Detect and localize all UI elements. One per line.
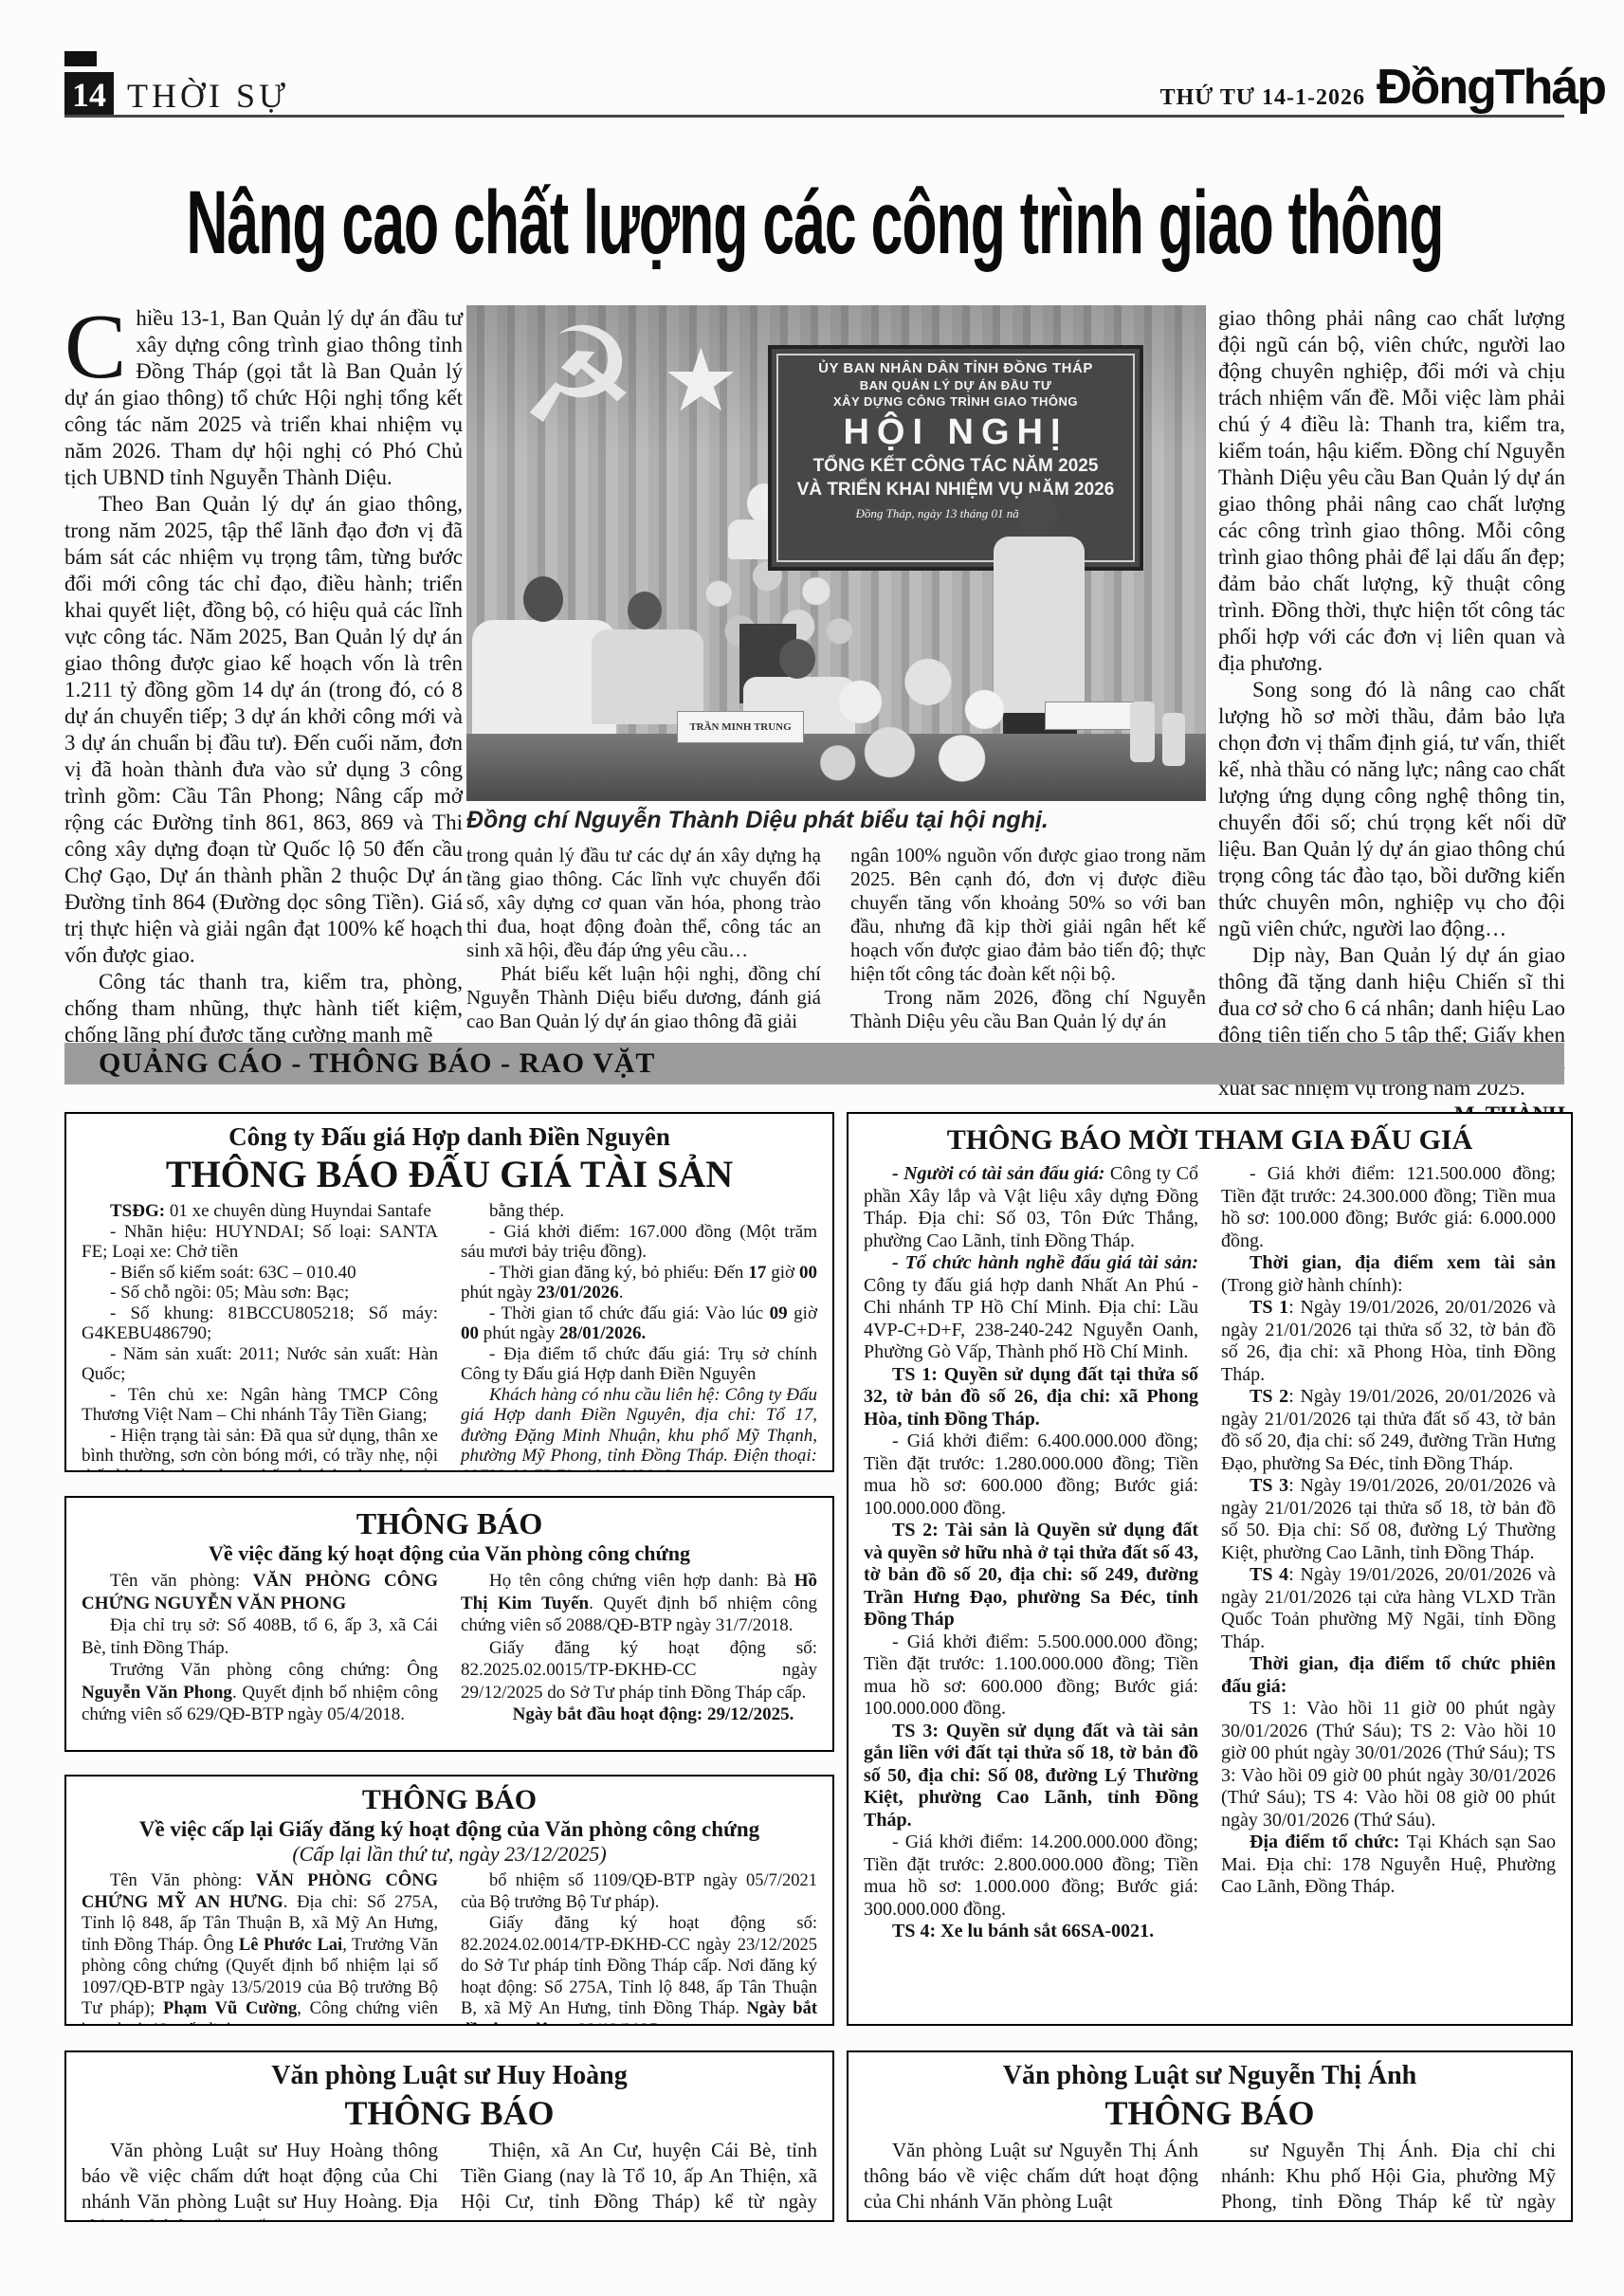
lawyer-office-notice-box-2: Văn phòng Luật sư Nguyễn Thị Ánh THÔNG B… [847, 2050, 1573, 2222]
article-headline: Nâng cao chất lượng các công trình giao … [64, 173, 1564, 296]
box-column-left: Văn phòng Luật sư Nguyễn Thị Ánh thông b… [864, 2138, 1198, 2222]
paragraph: - Giá khởi điểm: 6.400.000.000 đồng; Tiề… [864, 1430, 1198, 1520]
attendee-head [628, 592, 662, 629]
nameplate: TRẦN MINH TRUNG [677, 711, 804, 743]
paragraph: Thiện, xã An Cư, huyện Cái Bè, tỉnh Tiền… [461, 2138, 817, 2222]
attendee-figure [592, 629, 703, 724]
notary-reissue-notice-box: THÔNG BÁO Về việc cấp lại Giấy đăng ký h… [64, 1775, 834, 2026]
masthead-logo: ĐồngTháp [1377, 59, 1605, 116]
issue-date: THỨ TƯ 14-1-2026 [1062, 85, 1365, 111]
paragraph: Phát biểu kết luận hội nghị, đồng chí Ng… [466, 962, 821, 1033]
paragraph: Công tác thanh tra, kiểm tra, phòng, chố… [64, 969, 463, 1048]
paragraph: TS 4: Xe lu bánh sắt 66SA-0021. [864, 1921, 1198, 1943]
box-column-right: Thiện, xã An Cư, huyện Cái Bè, tỉnh Tiền… [461, 2138, 817, 2222]
box-title: THÔNG BÁO [82, 1505, 817, 1541]
article-column-1: Chiều 13-1, Ban Quản lý dự án đầu tư xây… [64, 305, 463, 1048]
paragraph: - Số khung: 81BCCU805218; Số máy: G4KEBU… [82, 1303, 438, 1344]
paragraph: Giấy đăng ký hoạt động số: 82.2024.02.00… [461, 1913, 817, 2026]
paragraph: - Năm sản xuất: 2011; Nước sản xuất: Hàn… [82, 1344, 438, 1385]
paragraph: ngân 100% nguồn vốn được giao trong năm … [850, 844, 1206, 986]
paragraph: - Địa điểm tổ chức đấu giá: Trụ sở chính… [461, 1344, 817, 1385]
box-column-right: bằng thép.- Giá khởi điểm: 167.000 đồng … [461, 1201, 817, 1472]
paragraph: sư Nguyễn Thị Ánh. Địa chỉ chi nhánh: Kh… [1221, 2138, 1556, 2222]
drop-cap: C [64, 305, 136, 385]
foreground-attendee-head [523, 576, 563, 622]
paragraph: bổ nhiệm số 1109/QĐ-BTP ngày 05/7/2021 c… [461, 1870, 817, 1913]
box-title: THÔNG BÁO MỜI THAM GIA ĐẤU GIÁ [864, 1121, 1556, 1159]
header-rule [64, 115, 1564, 118]
article-column-3: ngân 100% nguồn vốn được giao trong năm … [850, 844, 1206, 1033]
paragraph: giao thông phải nâng cao chất lượng đội … [1218, 305, 1565, 677]
paragraph: Tên văn phòng: VĂN PHÒNG CÔNG CHỨNG NGUY… [82, 1570, 438, 1614]
hammer-sickle-icon: ☭ [519, 311, 638, 444]
paragraph: Thời gian, địa điểm tổ chức phiên đấu gi… [1221, 1653, 1556, 1698]
paragraph: - Giá khởi điểm: 5.500.000.000 đồng; Tiề… [864, 1631, 1198, 1721]
paragraph: - Số chỗ ngồi: 05; Màu sơn: Bạc; [82, 1283, 438, 1303]
box-column-left: TSĐG: 01 xe chuyên dùng Huyndai Santafe-… [82, 1201, 438, 1472]
auction-asset-notice-box: Công ty Đấu giá Hợp danh Điền Nguyên THÔ… [64, 1112, 834, 1472]
box-company-title: Công ty Đấu giá Hợp danh Điền Nguyên [82, 1121, 817, 1152]
banner-line: XÂY DỰNG CÔNG TRÌNH GIAO THÔNG [772, 394, 1140, 409]
paragraph: TS 2: Tài sản là Quyền sử dụng đất và qu… [864, 1520, 1198, 1631]
speaker-head [1018, 491, 1058, 537]
box-title: THÔNG BÁO [864, 2092, 1556, 2134]
paragraph: - Tổ chức hành nghề đấu giá tài sản: Côn… [864, 1252, 1198, 1364]
paragraph: - Giá khởi điểm: 167.000 đồng (Một trăm … [461, 1222, 817, 1263]
column-paragraphs: Theo Ban Quản lý dự án giao thông, trong… [64, 491, 463, 1048]
box-column-left: Văn phòng Luật sư Huy Hoàng thông báo về… [82, 2138, 438, 2222]
classifieds-section-label: QUẢNG CÁO - THÔNG BÁO - RAO VẶT [99, 1048, 655, 1080]
star-icon: ★ [662, 337, 739, 425]
paragraph: - Giá khởi điểm: 14.200.000.000 đồng; Ti… [864, 1831, 1198, 1921]
banner-line: BAN QUẢN LÝ DỰ ÁN ĐẦU TƯ [772, 378, 1140, 392]
box-column-right: bổ nhiệm số 1109/QĐ-BTP ngày 05/7/2021 c… [461, 1870, 817, 2026]
paragraph: Địa chỉ trụ sở: Số 408B, tổ 6, ấp 3, xã … [82, 1614, 438, 1659]
paragraph: - Biển số kiểm soát: 63C – 010.40 [82, 1263, 438, 1284]
section-title: THỜI SỰ [127, 76, 289, 116]
box-title: THÔNG BÁO [82, 2092, 817, 2134]
paragraph: - Thời gian tổ chức đấu giá: Vào lúc 09 … [461, 1303, 817, 1344]
classifieds-section-bar: QUẢNG CÁO - THÔNG BÁO - RAO VẶT [64, 1043, 1564, 1084]
conference-photo: ☭ ★ ỦY BAN NHÂN DÂN TỈNH ĐỒNG THÁP BAN Q… [466, 305, 1206, 801]
conference-banner: ỦY BAN NHÂN DÂN TỈNH ĐỒNG THÁP BAN QUẢN … [768, 345, 1143, 571]
banner-date-line: Đồng Tháp, ngày 13 tháng 01 năm 2026 [772, 506, 1140, 521]
paragraph: Văn phòng Luật sư Nguyễn Thị Ánh thông b… [864, 2138, 1198, 2214]
auction-invitation-notice-box: THÔNG BÁO MỜI THAM GIA ĐẤU GIÁ - Người c… [847, 1112, 1573, 2026]
page-number: 14 [64, 72, 114, 118]
paragraph: TS 3: Quyền sử dụng đất và tài sản gắn l… [864, 1721, 1198, 1832]
paragraph: - Nhãn hiệu: HUYNDAI; Số loại: SANTA FE;… [82, 1222, 438, 1263]
paragraph: TS 3: Ngày 19/01/2026, 20/01/2026 và ngà… [1221, 1475, 1556, 1564]
paragraph: TSĐG: 01 xe chuyên dùng Huyndai Santafe [82, 1201, 438, 1222]
paragraph: Chiều 13-1, Ban Quản lý dự án đầu tư xây… [64, 305, 463, 491]
box-column-right: sư Nguyễn Thị Ánh. Địa chỉ chi nhánh: Kh… [1221, 2138, 1556, 2222]
banner-line: ỦY BAN NHÂN DÂN TỈNH ĐỒNG THÁP [772, 360, 1140, 376]
paragraph: - Hiện trạng tài sản: Đã qua sử dụng, th… [82, 1426, 438, 1473]
paragraph: trong quản lý đầu tư các dự án xây dựng … [466, 844, 821, 962]
paragraph: TS 1: Quyền sử dụng đất tại thửa số 32, … [864, 1364, 1198, 1431]
box-column-right: - Giá khởi điểm: 121.500.000 đồng; Tiền … [1221, 1163, 1556, 1943]
paragraph: Văn phòng Luật sư Huy Hoàng thông báo về… [82, 2138, 438, 2222]
article-column-2: trong quản lý đầu tư các dự án xây dựng … [466, 844, 821, 1033]
box-note: (Cấp lại lần thứ tư, ngày 23/12/2025) [82, 1842, 817, 1867]
notary-registration-notice-box: THÔNG BÁO Về việc đăng ký hoạt động của … [64, 1496, 834, 1752]
banner-title: HỘI NGHỊ [772, 412, 1140, 453]
banner-line: TỔNG KẾT CÔNG TÁC NĂM 2025 [772, 456, 1140, 477]
paragraph: Giấy đăng ký hoạt động số: 82.2025.02.00… [461, 1637, 817, 1704]
paragraph: TS 1: Vào hồi 11 giờ 00 phút ngày 30/01/… [1221, 1698, 1556, 1831]
box-title: THÔNG BÁO ĐẤU GIÁ TÀI SẢN [82, 1152, 817, 1197]
paragraph: TS 1: Ngày 19/01/2026, 20/01/2026 và ngà… [1221, 1297, 1556, 1386]
box-company-title: Văn phòng Luật sư Nguyễn Thị Ánh [864, 2060, 1556, 2092]
paragraph: TS 2: Ngày 19/01/2026, 20/01/2026 và ngà… [1221, 1386, 1556, 1475]
article-column-4: giao thông phải nâng cao chất lượng đội … [1218, 305, 1565, 1128]
box-subtitle: Về việc đăng ký hoạt động của Văn phòng … [82, 1541, 817, 1566]
paragraph: - Giá khởi điểm: 121.500.000 đồng; Tiền … [1221, 1163, 1556, 1252]
newspaper-page: { "header": { "page_number": "14", "sect… [0, 0, 1624, 2296]
paragraph: Thời gian, địa điểm xem tài sản (Trong g… [1221, 1252, 1556, 1297]
box-column-left: Tên Văn phòng: VĂN PHÒNG CÔNG CHỨNG MỸ A… [82, 1870, 438, 2026]
header-tab [64, 51, 97, 66]
photo-caption: Đồng chí Nguyễn Thành Diệu phát biểu tại… [466, 807, 1206, 834]
paragraph: Họ tên công chứng viên hợp danh: Bà Hồ T… [461, 1570, 817, 1637]
box-column-left: - Người có tài sản đấu giá: Công ty Cổ p… [864, 1163, 1198, 1943]
paragraph: Địa điểm tổ chức: Tại Khách sạn Sao Mai.… [1221, 1831, 1556, 1899]
paragraph: bằng thép. [461, 1201, 817, 1222]
paragraph: Tên Văn phòng: VĂN PHÒNG CÔNG CHỨNG MỸ A… [82, 1870, 438, 2026]
paragraph: Trong năm 2026, đồng chí Nguyễn Thành Di… [850, 986, 1206, 1033]
water-bottle [1162, 713, 1185, 766]
paragraph: Song song đó là nâng cao chất lượng hồ s… [1218, 677, 1565, 942]
box-column-right: Họ tên công chứng viên hợp danh: Bà Hồ T… [461, 1570, 817, 1726]
paragraph: Ngày bắt đầu hoạt động: 29/12/2025. [461, 1704, 817, 1726]
box-title: THÔNG BÁO [82, 1784, 817, 1816]
paragraph: Khách hàng có nhu cầu liên hệ: Công ty Đ… [461, 1385, 817, 1473]
box-column-left: Tên văn phòng: VĂN PHÒNG CÔNG CHỨNG NGUY… [82, 1570, 438, 1726]
paragraph: Trưởng Văn phòng công chứng: Ông Nguyễn … [82, 1659, 438, 1726]
water-bottle [1130, 702, 1155, 762]
box-subtitle: Về việc cấp lại Giấy đăng ký hoạt động c… [82, 1816, 817, 1842]
paragraph: - Người có tài sản đấu giá: Công ty Cổ p… [864, 1163, 1198, 1252]
lawyer-office-notice-box: Văn phòng Luật sư Huy Hoàng THÔNG BÁO Vă… [64, 2050, 834, 2222]
headline-text: Nâng cao chất lượng các công trình giao … [186, 173, 1443, 275]
paragraph: Theo Ban Quản lý dự án giao thông, trong… [64, 491, 463, 969]
table-flowers [804, 648, 1030, 801]
box-company-title: Văn phòng Luật sư Huy Hoàng [82, 2060, 817, 2092]
banner-line: VÀ TRIỂN KHAI NHIỆM VỤ NĂM 2026 [772, 480, 1140, 501]
paragraph: - Tên chủ xe: Ngân hàng TMCP Công Thương… [82, 1385, 438, 1426]
paragraph: - Thời gian đăng ký, bỏ phiếu: Đến 17 gi… [461, 1263, 817, 1303]
paragraph: TS 4: Ngày 19/01/2026, 20/01/2026 và ngà… [1221, 1564, 1556, 1653]
